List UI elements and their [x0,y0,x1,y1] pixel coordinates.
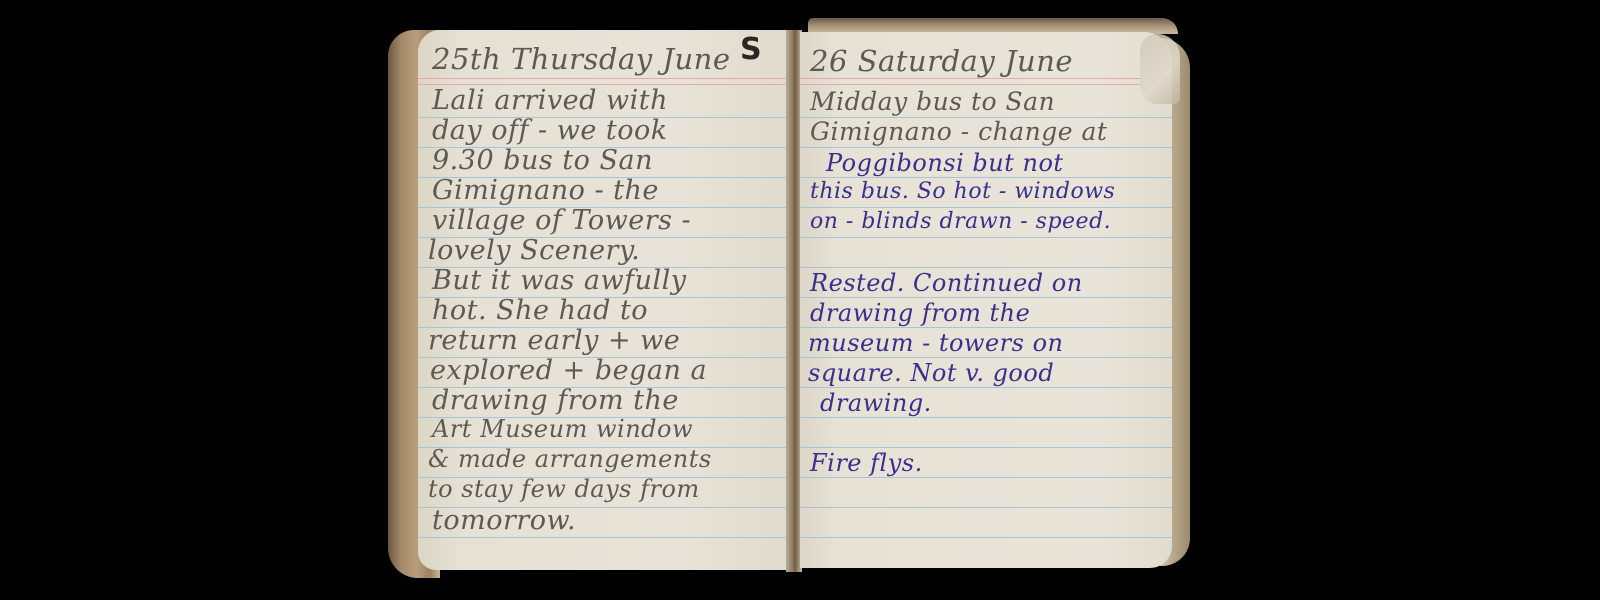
ruled-line [800,417,1172,418]
page-corner-curl [1140,34,1180,104]
entry-line: hot. She had to [432,295,648,326]
entry-line: return early + we [428,325,680,356]
entry-line: drawing from the [432,385,679,416]
page-letter-mark: S [740,32,762,67]
entry-line: day off - we took [432,115,668,146]
entry-line: drawing. [820,389,932,417]
entry-line: explored + began a [430,355,707,386]
diary-notebook: 25th Thursday June Lali arrived with day… [388,18,1190,580]
entry-line: this bus. So hot - windows [810,179,1115,204]
entry-line: to stay few days from [428,475,700,503]
entry-line: tomorrow. [432,505,576,536]
date-heading: 25th Thursday June [432,42,731,76]
ruled-line [800,537,1172,538]
red-header-rule [800,78,1172,85]
entry-line: Gimignano - the [432,175,659,206]
ruled-line [800,507,1172,508]
ruled-line [800,447,1172,448]
ruled-line [800,297,1172,298]
date-heading: 26 Saturday June [810,44,1073,78]
entry-line: Fire flys. [810,449,923,477]
ruled-line [800,357,1172,358]
left-page: 25th Thursday June Lali arrived with day… [418,30,788,570]
entry-line: Art Museum window [432,415,693,443]
entry-line: Midday bus to San [810,87,1055,116]
entry-line: village of Towers - [432,205,691,236]
entry-line: 9.30 bus to San [432,145,653,176]
entry-line: Lali arrived with [432,85,668,116]
ruled-line [800,147,1172,148]
entry-line: lovely Scenery. [428,235,640,266]
entry-line: square. Not v. good [808,359,1054,387]
ruled-line [800,327,1172,328]
entry-line: drawing from the [810,299,1030,327]
entry-line: & made arrangements [428,445,712,473]
ruled-line [800,267,1172,268]
ruled-line [800,477,1172,478]
ruled-line [418,537,788,538]
entry-line: on - blinds drawn - speed. [810,209,1111,234]
ruled-line [800,177,1172,178]
red-header-rule [418,78,788,85]
ruled-line [800,237,1172,238]
ruled-line [800,207,1172,208]
ruled-line [800,387,1172,388]
entry-line: Poggibonsi but not [826,149,1064,177]
entry-line: museum - towers on [808,329,1063,357]
entry-line: Gimignano - change at [810,117,1107,146]
right-page: 26 Saturday June Midday bus to San Gimig… [800,32,1172,568]
entry-line: Rested. Continued on [810,269,1083,297]
entry-line: But it was awfully [432,265,687,296]
